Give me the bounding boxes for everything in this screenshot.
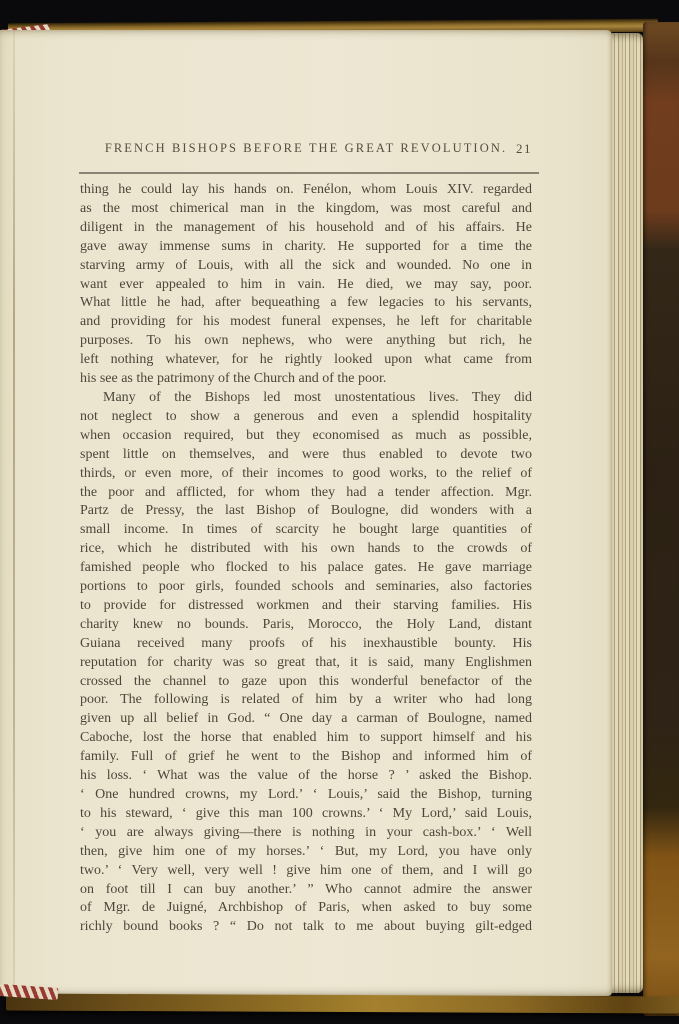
book-bottom-gilt-edge <box>6 994 679 1014</box>
text-line: two.’ ‘ Very well, very well ! give him … <box>80 862 532 881</box>
text-line: famished people who flocked to his palac… <box>80 559 532 578</box>
text-line: left nothing whatever, for he rightly lo… <box>80 351 532 370</box>
text-line: on foot till I can buy another.’ ” Who c… <box>80 881 532 900</box>
text-line: spent little on themselves, and were thu… <box>80 446 532 465</box>
text-line: thing he could lay his hands on. Fenélon… <box>80 181 532 200</box>
text-line: charity knew no bounds. Paris, Morocco, … <box>80 616 532 635</box>
text-line: of Mgr. de Juigné, Archbishop of Paris, … <box>80 899 532 918</box>
page-number: 21 <box>516 141 532 157</box>
body-text: thing he could lay his hands on. Fenélon… <box>80 181 532 937</box>
text-line: thirds, or even more, of their incomes t… <box>80 465 532 484</box>
text-line: not neglect to show a generous and even … <box>80 408 532 427</box>
text-line: crossed the channel to gaze upon this wo… <box>80 673 532 692</box>
text-line: What little he had, after bequeathing a … <box>80 294 532 313</box>
text-line: to his steward, ‘ give this man 100 crow… <box>80 805 532 824</box>
text-line: starving army of Louis, with all the sic… <box>80 257 532 276</box>
text-line: Partz de Pressy, the last Bishop of Boul… <box>80 502 532 521</box>
text-line: when occasion required, but they economi… <box>80 427 532 446</box>
text-line: Caboche, lost the horse that enabled him… <box>80 729 532 748</box>
text-line: given up all belief in God. “ One day a … <box>80 710 532 729</box>
book-photo: FRENCH BISHOPS BEFORE THE GREAT REVOLUTI… <box>0 0 679 1024</box>
text-line: then, give him one of my horses.’ ‘ But,… <box>80 843 532 862</box>
text-line: small income. In times of scarcity he bo… <box>80 521 532 540</box>
text-line: as the most chimerical man in the kingdo… <box>80 200 532 219</box>
text-line: want ever appealed to him in vain. He di… <box>80 276 532 295</box>
book-page: FRENCH BISHOPS BEFORE THE GREAT REVOLUTI… <box>0 30 612 996</box>
text-line: Many of the Bishops led most unostentati… <box>80 389 532 408</box>
text-line: family. Full of grief he went to the Bis… <box>80 748 532 767</box>
text-line: diligent in the management of his househ… <box>80 219 532 238</box>
text-line: to provide for distressed workmen and th… <box>80 597 532 616</box>
text-line: purposes. To his own nephews, who were a… <box>80 332 532 351</box>
text-line: his see as the patrimony of the Church a… <box>80 370 532 389</box>
text-line: poor. The following is related of him by… <box>80 691 532 710</box>
text-line: ‘ One hundred crowns, my Lord.’ ‘ Louis,… <box>80 786 532 805</box>
running-title: FRENCH BISHOPS BEFORE THE GREAT REVOLUTI… <box>105 141 507 155</box>
book-cover-edge <box>643 22 679 1016</box>
page-crease <box>13 30 15 996</box>
text-line: his loss. ‘ What was the value of the ho… <box>80 767 532 786</box>
text-line: and providing for his modest funeral exp… <box>80 313 532 332</box>
running-header: FRENCH BISHOPS BEFORE THE GREAT REVOLUTI… <box>80 141 532 161</box>
text-line: richly bound books ? “ Do not talk to me… <box>80 918 532 937</box>
header-rule <box>79 172 539 174</box>
text-line: the poor and afflicted, for whom they ha… <box>80 484 532 503</box>
text-line: Guiana received many proofs of his inexh… <box>80 635 532 654</box>
text-line: ‘ you are always giving—there is nothing… <box>80 824 532 843</box>
text-line: rice, which he distributed with his own … <box>80 540 532 559</box>
text-line: portions to poor girls, founded schools … <box>80 578 532 597</box>
fore-edge-page-stack <box>612 33 643 993</box>
text-line: reputation for charity was so great that… <box>80 654 532 673</box>
text-line: gave away immense sums in charity. He su… <box>80 238 532 257</box>
